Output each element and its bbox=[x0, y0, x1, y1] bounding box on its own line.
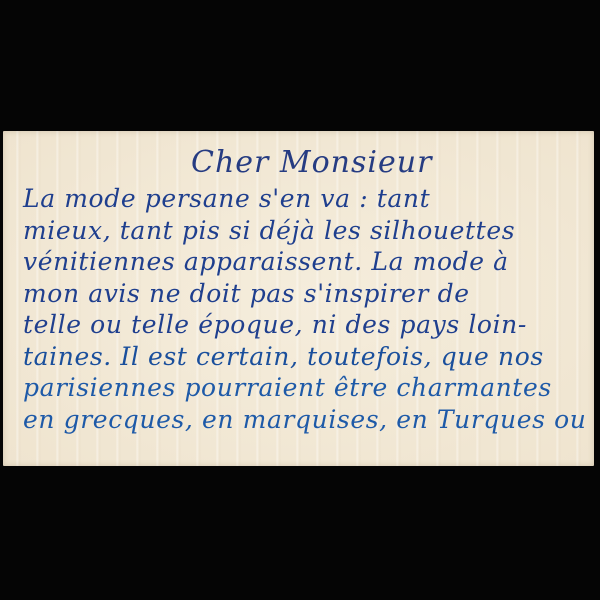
handwritten-card: Cher Monsieur La mode persane s'en va : … bbox=[3, 131, 594, 466]
letter-line: telle ou telle époque, ni des pays loin- bbox=[23, 309, 583, 341]
letter-line: vénitiennes apparaissent. La mode à bbox=[23, 246, 583, 278]
black-backdrop: Cher Monsieur La mode persane s'en va : … bbox=[0, 0, 600, 600]
letter-line: parisiennes pourraient être charmantes bbox=[23, 372, 583, 404]
letter-body: La mode persane s'en va : tant mieux, ta… bbox=[23, 183, 583, 435]
letter-line: La mode persane s'en va : tant bbox=[23, 183, 583, 215]
letter-greeting: Cher Monsieur bbox=[191, 145, 432, 180]
letter-line: mieux, tant pis si déjà les silhouettes bbox=[23, 215, 583, 247]
letter-line: en grecques, en marquises, en Turques ou bbox=[23, 404, 583, 436]
letter-line: mon avis ne doit pas s'inspirer de bbox=[23, 278, 583, 310]
letter-line: taines. Il est certain, toutefois, que n… bbox=[23, 341, 583, 373]
